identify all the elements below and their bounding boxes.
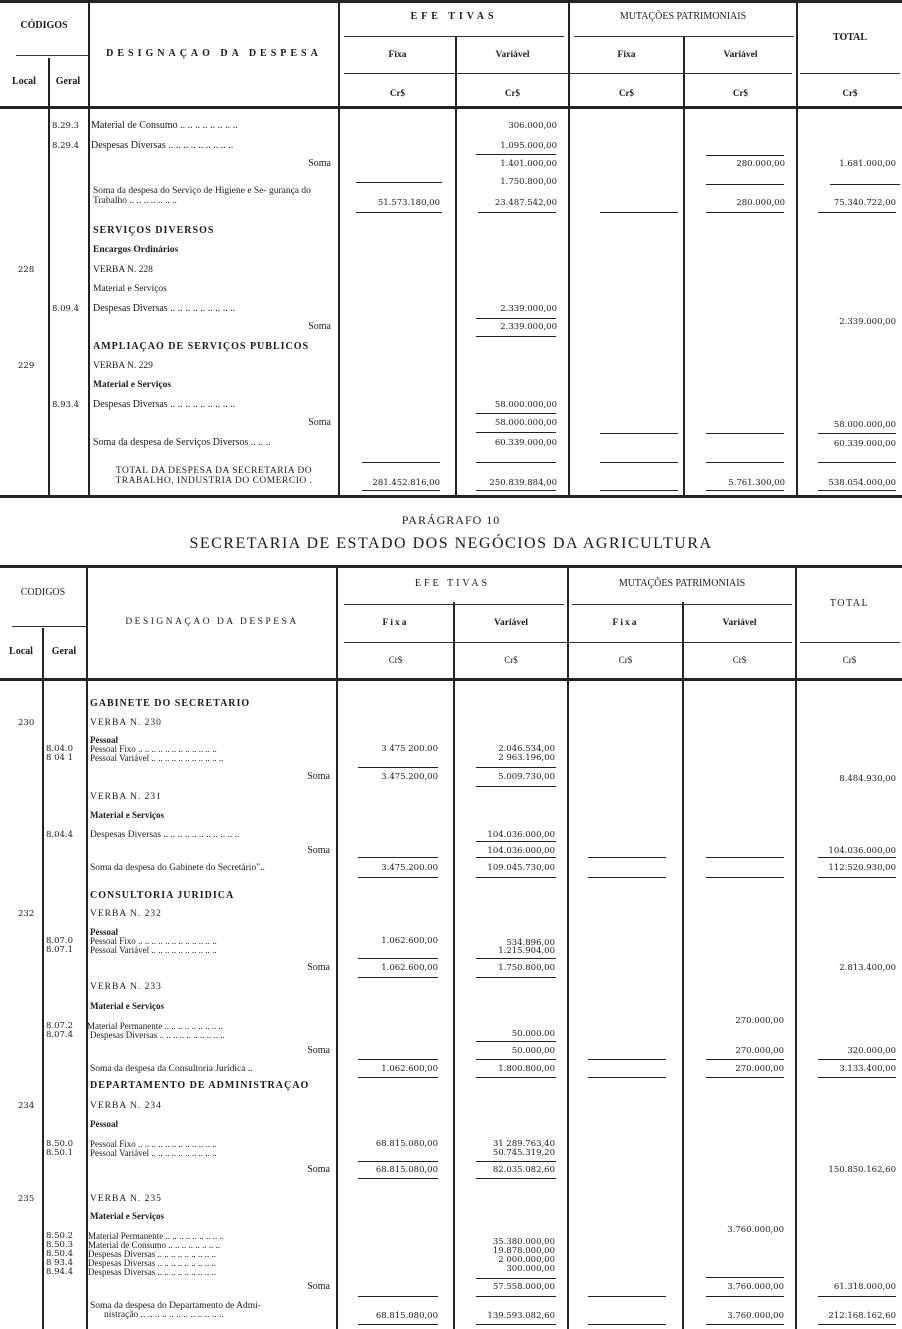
sum-rule (706, 1296, 784, 1297)
header-currency: Cr$ (570, 88, 683, 98)
code-geral: 8.07.4 (46, 1030, 73, 1040)
header-currency: Cr$ (340, 88, 455, 98)
col-divider (682, 602, 684, 1329)
header-rule (572, 604, 792, 605)
col-divider (568, 3, 570, 495)
subtotal-desc: nistração .. .. .. .. .. .. .. .. .. .. … (104, 1310, 224, 1320)
sum-rule (476, 977, 556, 978)
sum-rule (476, 336, 556, 337)
header-rule (344, 36, 564, 37)
ef-var-value: 1.401.000,00 (457, 158, 557, 170)
verba-label: VERBA N. 232 (90, 908, 162, 920)
sum-rule (476, 1041, 556, 1042)
header-rule (344, 604, 564, 605)
sum-rule (600, 433, 678, 434)
ef-var-value: 139.593.082,60 (455, 1310, 555, 1322)
header-currency: Cr$ (338, 655, 453, 665)
ef-var-value: 1.215.904,00 (455, 946, 555, 956)
mp-var-value: 270.000,00 (684, 1063, 784, 1075)
sum-rule (358, 767, 438, 768)
total-value: 61.318.000,00 (797, 1281, 896, 1293)
soma-label: Soma (90, 1045, 330, 1057)
soma-label: Soma (91, 417, 331, 429)
header-rule (344, 73, 792, 74)
row-desc: Material de Consumo .. .. .. .. .. .. ..… (91, 120, 238, 132)
sum-rule (476, 462, 556, 463)
ef-fixa-value: 3.475.200.00 (338, 862, 438, 874)
mp-var-value: 5.761.300,00 (685, 477, 785, 489)
total-value: 112.520.930,00 (797, 862, 896, 874)
category-label: Pessoal (90, 1118, 118, 1130)
sum-rule (600, 462, 678, 463)
header-geral: Geral (42, 646, 86, 657)
sum-rule (818, 1296, 896, 1297)
subtotal-desc: Soma da despesa do Serviço de Higiene e … (93, 186, 338, 206)
header-currency: Cr$ (798, 88, 902, 98)
ef-fixa-value: 1.062.600,00 (338, 936, 438, 946)
col-divider (88, 3, 90, 495)
paragraph-label: PARÁGRAFO 10 (0, 513, 902, 528)
sum-rule (818, 1059, 896, 1060)
total-value: 150.850.162,60 (797, 1164, 896, 1176)
header-designacao: DESIGNAÇAO DA DESPESA (90, 48, 338, 59)
ef-var-value: 23.487.542,00 (457, 197, 557, 209)
ef-var-value: 60.339.000,00 (457, 437, 557, 449)
header-ef-fixa: Fixa (338, 618, 453, 628)
col-divider (683, 36, 685, 495)
soma-label: Soma (90, 1164, 330, 1176)
sum-rule (706, 155, 784, 156)
col-divider (567, 568, 569, 1329)
header-currency: Cr$ (685, 88, 796, 98)
section-title: GABINETE DO SECRETARIO (90, 698, 250, 710)
code-geral: 8.94.4 (46, 1268, 73, 1277)
table1-header-bottom-rule (0, 106, 902, 109)
sum-rule (706, 462, 784, 463)
header-mp-variavel: Variável (684, 618, 795, 628)
header-rule (574, 36, 794, 37)
sum-rule (706, 184, 784, 185)
sum-rule (600, 212, 678, 213)
mp-var-value: 3.760.000,00 (684, 1281, 784, 1293)
row-desc: Pessoal Variável .. .. .. .. .. .. .. ..… (90, 945, 217, 955)
total-value: 8.484.930,00 (797, 773, 896, 785)
section-title: SERVIÇOS DIVERSOS (93, 225, 214, 237)
ef-var-value: 300.000,00 (455, 1265, 555, 1274)
total-value: 320.000,00 (797, 1045, 896, 1057)
header-ef-variavel: Variável (455, 618, 567, 628)
sum-rule (588, 1059, 666, 1060)
sum-rule (362, 462, 440, 463)
row-desc: Despesas Diversas .. .. .. .. .. .. .. .… (93, 303, 235, 315)
sum-rule (358, 1059, 438, 1060)
sum-rule (706, 857, 784, 858)
sum-rule (358, 857, 438, 858)
ef-fixa-value: 3 475 200.00 (338, 744, 438, 754)
code-local: 230 (18, 717, 34, 729)
header-rule (12, 626, 86, 627)
sum-rule (818, 1077, 896, 1078)
mp-var-value: 3.760.000,00 (684, 1310, 784, 1322)
sum-rule (818, 877, 896, 878)
verba-label: VERBA N. 234 (90, 1100, 162, 1112)
sum-rule (358, 1161, 438, 1162)
header-designacao: DESIGNAÇAO DA DESPESA (88, 617, 336, 627)
sum-rule (358, 1178, 438, 1179)
sum-rule (588, 1077, 666, 1078)
code-local: 232 (18, 908, 34, 920)
col-divider (86, 568, 88, 1329)
code-geral: 8.04.4 (46, 829, 73, 841)
code-geral: 8 04 1 (46, 753, 73, 763)
soma-label: Soma (91, 321, 331, 333)
verba-label: VERBA N. 230 (90, 717, 162, 729)
table2-header-bottom-rule (0, 678, 902, 681)
code-local: 229 (18, 360, 34, 372)
ef-fixa-value: 68.815.080,00 (338, 1139, 438, 1149)
ef-var-value: 57.558.000,00 (455, 1281, 555, 1293)
sum-rule (476, 154, 556, 155)
total-value: 3.133.400,00 (797, 1063, 896, 1075)
sum-rule (356, 212, 442, 213)
header-mp-fixa: Fixa (570, 50, 683, 60)
col-divider (48, 58, 50, 495)
sum-rule (476, 490, 556, 491)
sum-rule (706, 877, 784, 878)
sum-rule (588, 1296, 666, 1297)
ef-var-value: 104.036.000,00 (455, 829, 555, 841)
sum-rule (362, 490, 440, 491)
verba-label: VERBA N. 228 (93, 264, 153, 276)
col-divider (795, 568, 797, 1329)
mp-var-value: 280.000,00 (685, 197, 785, 209)
verba-label: VERBA N. 229 (93, 360, 153, 372)
header-ef-fixa: Fixa (340, 50, 455, 60)
ef-var-value: 50.000.00 (455, 1028, 555, 1040)
header-currency: Cr$ (455, 655, 567, 665)
col-divider (42, 628, 44, 1329)
table1-top-rule (0, 0, 902, 3)
sum-rule (818, 857, 896, 858)
ef-fixa-value: 51.573.180,00 (340, 197, 440, 209)
ef-var-value: 58.000.000,00 (457, 399, 557, 411)
ef-var-value: 109.045.730,00 (455, 862, 555, 874)
soma-label: Soma (91, 158, 331, 170)
header-geral: Geral (48, 76, 88, 87)
sum-rule (818, 490, 896, 491)
sum-rule (706, 433, 784, 434)
table2-top-rule (0, 565, 902, 568)
section-title: DEPARTAMENTO DE ADMINISTRAÇAO (90, 1080, 309, 1092)
header-rule (800, 73, 900, 74)
ef-var-value: 82.035.082,60 (455, 1164, 555, 1176)
code-local: 228 (18, 264, 34, 276)
sum-rule (476, 1059, 556, 1060)
subtotal-desc: Soma da despesa do Gabinete do Secretári… (90, 862, 265, 874)
sum-rule (358, 877, 438, 878)
col-divider (336, 568, 338, 1329)
sum-rule (818, 433, 896, 434)
mp-var-value: 270.000,00 (684, 1045, 784, 1057)
sum-rule (476, 1324, 556, 1325)
code-geral: 8.07.1 (46, 945, 73, 955)
sum-rule (818, 462, 896, 463)
sum-rule (476, 1161, 556, 1162)
sum-rule (706, 212, 784, 213)
total-value: 104.036.000,00 (797, 845, 896, 857)
soma-label: Soma (90, 1281, 330, 1293)
row-desc: Despesas Diversas .. .. .. .. .. .. .. .… (90, 829, 239, 841)
code-geral: 8.29.4 (52, 140, 79, 152)
code-local: 234 (18, 1100, 34, 1112)
sum-rule (356, 182, 442, 183)
mp-var-value: 3.760.000,00 (684, 1224, 784, 1236)
category-label: Material e Serviços (90, 809, 164, 821)
header-currency: Cr$ (797, 655, 902, 665)
header-codigos: CODIGOS (0, 587, 86, 598)
code-geral: 8.93.4 (52, 399, 79, 411)
header-local: Local (0, 646, 42, 657)
ef-var-value: 1.750.800,00 (457, 176, 557, 188)
subtotal-desc: Soma da despesa da Consultoria Jurídica … (90, 1063, 253, 1075)
row-desc: Despesas Diversas .. .. .. .. .. .. .. .… (88, 1268, 216, 1277)
sum-rule (476, 786, 556, 787)
header-total: TOTAL (797, 598, 902, 609)
sum-rule (706, 1324, 784, 1325)
sum-rule (476, 1178, 556, 1179)
sum-rule (706, 1059, 784, 1060)
section-title: CONSULTORIA JURIDICA (90, 890, 234, 902)
sum-rule (706, 490, 784, 491)
ef-fixa-value: 68.815.080,00 (338, 1310, 438, 1322)
ef-var-value: 250.839.884,00 (457, 477, 557, 489)
row-desc: Despesas Diversas .. .. .. .. .. .. .. .… (90, 1030, 225, 1040)
soma-label: Soma (90, 771, 330, 783)
header-rule (16, 55, 88, 56)
category-label: Material e Serviços (90, 1210, 164, 1222)
header-mutacoes: MUTAÇÕES PATRIMONIAIS (570, 11, 796, 22)
ef-var-value: 1.095.000,00 (457, 140, 557, 152)
ef-var-value: 5.009.730,00 (455, 771, 555, 783)
sum-rule (476, 841, 556, 842)
code-geral: 8.50.1 (46, 1148, 73, 1158)
sum-rule (358, 1296, 438, 1297)
total-value: 2.813.400,00 (797, 962, 896, 974)
sum-rule (358, 958, 438, 959)
verba-label: VERBA N. 231 (90, 791, 162, 803)
sum-rule (476, 1278, 556, 1279)
row-desc: Despesas Diversas .. .. .. .. .. .. .. .… (91, 140, 233, 152)
ef-fixa-value: 68.815.080,00 (338, 1164, 438, 1176)
sum-rule (706, 1077, 784, 1078)
header-currency: Cr$ (684, 655, 795, 665)
code-local: 235 (18, 1193, 34, 1205)
verba-label: VERBA N. 235 (90, 1193, 162, 1205)
ef-fixa-value: 281.452.816,00 (340, 477, 440, 489)
header-rule (344, 642, 792, 643)
code-geral: 8.09.4 (52, 303, 79, 315)
sum-rule (358, 1324, 438, 1325)
sum-rule (588, 857, 666, 858)
header-currency: Cr$ (569, 655, 682, 665)
header-codigos: CÓDIGOS (0, 20, 88, 31)
sum-rule (600, 490, 678, 491)
total-value: 1.681.000,00 (798, 158, 896, 170)
header-currency: Cr$ (457, 88, 568, 98)
ef-fixa-value: 1.062.600,00 (338, 962, 438, 974)
ef-var-value: 104.036.000,00 (455, 845, 555, 857)
sum-rule (830, 184, 900, 185)
header-mutacoes: MUTAÇÕES PATRIMONIAIS (569, 578, 795, 589)
total-value: 60.339.000,00 (798, 438, 896, 450)
sum-rule (476, 958, 556, 959)
soma-label: Soma (90, 845, 330, 857)
sum-rule (478, 212, 556, 213)
total-value: 2.339.000,00 (798, 316, 896, 328)
code-geral: 8.29.3 (52, 120, 79, 132)
ef-var-value: 306.000,00 (457, 120, 557, 132)
sum-rule (818, 212, 896, 213)
category-label: Material e Serviços (93, 379, 171, 391)
sum-rule (476, 857, 556, 858)
header-rule (800, 642, 900, 643)
header-efetivas: EFE TIVAS (338, 578, 567, 589)
ef-var-value: 2.339.000,00 (457, 303, 557, 315)
ef-var-value: 1.800.800,00 (455, 1063, 555, 1075)
table1-bottom-rule (0, 495, 902, 498)
sum-rule (476, 432, 556, 433)
row-desc: Pessoal Variável .. .. .. .. .. .. .. ..… (90, 1148, 217, 1158)
category-label: Material e Serviços (90, 1000, 164, 1012)
total-value: 538.054.000,00 (798, 477, 896, 489)
header-total: TOTAL (798, 32, 902, 43)
sum-rule (706, 1277, 784, 1278)
ef-fixa-value: 3.475.200,00 (338, 771, 438, 783)
soma-label: Soma (90, 962, 330, 974)
sum-rule (358, 1077, 438, 1078)
sum-rule (588, 1324, 666, 1325)
mp-var-value: 280.000,00 (685, 158, 785, 170)
total-value: 212.168.162,60 (797, 1310, 896, 1322)
header-efetivas: EFE TIVAS (340, 11, 568, 22)
sum-rule (476, 767, 556, 768)
total-value: 58.000.000,00 (798, 419, 896, 431)
header-ef-variavel: Variável (457, 50, 568, 60)
mp-var-value: 270.000,00 (684, 1015, 784, 1027)
sum-rule (476, 318, 556, 319)
sum-rule (476, 413, 556, 414)
ef-fixa-value: 1.062.600,00 (338, 1063, 438, 1075)
section-heading: SECRETARIA DE ESTADO DOS NEGÓCIOS DA AGR… (0, 535, 902, 553)
col-divider (338, 3, 340, 495)
sum-rule (818, 1324, 896, 1325)
header-mp-variavel: Variável (685, 50, 796, 60)
ef-var-value: 50.000,00 (455, 1045, 555, 1057)
ef-var-value: 1.750.800,00 (455, 962, 555, 974)
sum-rule (476, 1077, 556, 1078)
grand-total-desc: TOTAL DA DESPESA DA SECRETARIA DO TRABAL… (93, 466, 335, 486)
row-desc: Despesas Diversas .. .. .. .. .. .. .. .… (93, 399, 235, 411)
ef-var-value: 2 963.196,00 (455, 753, 555, 763)
sum-rule (476, 877, 556, 878)
subtotal-desc: Soma da despesa de Serviços Diversos .. … (93, 437, 271, 449)
sum-rule (588, 877, 666, 878)
subsection-title: Encargos Ordinários (93, 244, 178, 256)
section-title: AMPLIAÇAO DE SERVIÇOS PUBLICOS (93, 341, 309, 353)
header-mp-fixa: Fixa (569, 618, 682, 628)
row-desc: Pessoal Variável .. .. .. .. .. .. .. ..… (90, 753, 223, 763)
sum-rule (358, 977, 438, 978)
ef-var-value: 2.339.000,00 (457, 321, 557, 333)
total-value: 75.340.722,00 (798, 197, 896, 209)
ef-var-value: 50.745.319,20 (455, 1148, 555, 1158)
category-label: Material e Serviços (93, 283, 167, 295)
verba-label: VERBA N. 233 (90, 981, 162, 993)
header-local: Local (0, 76, 48, 87)
ef-var-value: 58.000.000,00 (457, 417, 557, 429)
sum-rule (476, 1296, 556, 1297)
